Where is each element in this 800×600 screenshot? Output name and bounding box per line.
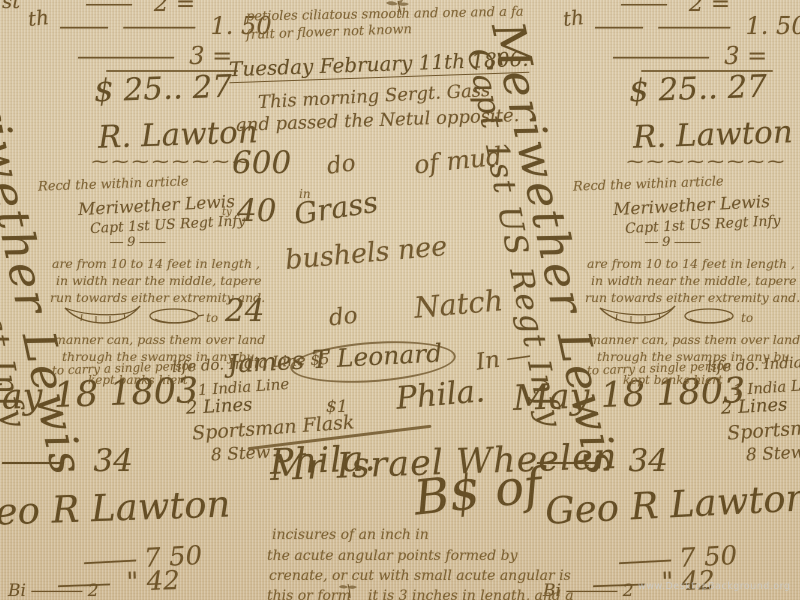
- tally-600: 600: [232, 148, 291, 179]
- botany-note-line: the acute angular points formed by: [267, 549, 518, 563]
- tally-bushels: bushels nee: [284, 233, 448, 274]
- tally-do: do: [326, 152, 358, 179]
- note-line: manner can, pass them over land: [54, 334, 265, 347]
- note-line: are from 10 to 14 feet in length ,: [587, 258, 795, 271]
- ledger-total: $ 25.. 27: [94, 72, 233, 108]
- receipt-phila: Phila.: [395, 376, 486, 415]
- invoice-sportsman: Sportsman Flask: [727, 413, 800, 443]
- botany-note-line: incisures of an inch in: [272, 528, 429, 542]
- botany-line: petioles ciliatous smooth and one and a …: [246, 6, 524, 24]
- superscript-th: th: [27, 7, 50, 29]
- tally-do2: do: [328, 305, 359, 331]
- flourish-9: ― 9 ――: [645, 236, 701, 249]
- note-word-to: to: [206, 312, 218, 324]
- tally-natch: Natch: [413, 286, 504, 323]
- received-note: Recd the within article: [573, 175, 724, 193]
- bullboat-sketch: [147, 306, 205, 328]
- leaf-sketch: [338, 583, 364, 599]
- botany-note-line: it is 3 inches in length, and a: [368, 589, 574, 600]
- note-line: manner can, pass them over land: [589, 334, 800, 347]
- bullboat-sketch: [682, 306, 740, 328]
- note-word-to: to: [741, 312, 753, 324]
- ledger-row-1-50: ―― ――― 1. 50: [60, 14, 272, 38]
- ledger-row-3: ―――― 3 =: [78, 44, 232, 68]
- flourish-9: ― 9 ――: [110, 236, 166, 249]
- received-note: Recd the within article: [38, 175, 189, 193]
- superscript-th: th: [562, 7, 585, 29]
- note-line: in width near the middle, tapere: [56, 275, 262, 288]
- signature-geo-lawton-right: Geo R Lawton: [544, 479, 800, 530]
- tally-40: 40: [237, 196, 276, 227]
- botany-note-line: crenate, or cut with small acute angular…: [269, 569, 571, 583]
- ledger-row-1-50: ―― ――― 1. 50: [595, 14, 800, 38]
- squiggle-underline: ~~~~~~~~: [90, 154, 251, 170]
- canoe-sketch: [62, 302, 142, 328]
- invoice-line: 2 Lines: [721, 396, 788, 417]
- note-line: are from 10 to 14 feet in length ,: [52, 258, 260, 271]
- invoice-stew: 8 Stew: [746, 444, 800, 464]
- signature-r-lawton: R. Lawton: [633, 117, 794, 154]
- note-line: in width near the middle, tapere: [591, 275, 797, 288]
- ledger-total: $ 25.. 27: [629, 72, 768, 108]
- fabric-background: st th ―― 2 = ―― ――― 1. 50 ―――― 3 = $ 25.…: [0, 0, 800, 600]
- squiggle-underline: ~~~~~~~~: [625, 154, 786, 170]
- canoe-sketch: [597, 302, 677, 328]
- signature-geo-lawton-left-partial: Geo R Lawton: [0, 485, 231, 531]
- bottom-partial-left: Bi ――― 2: [8, 583, 99, 600]
- ledger-row-3: ―――― 3 =: [613, 44, 767, 68]
- watermark: www.DesktopBackground.org: [638, 581, 790, 592]
- tally-24: 24: [225, 296, 264, 327]
- superscript-partial: st: [2, 0, 20, 11]
- signature-bs-of: B$ of: [412, 461, 544, 522]
- invoice-stew: 8 Stew: [211, 444, 271, 464]
- tally-ty-sup: ty: [222, 208, 232, 218]
